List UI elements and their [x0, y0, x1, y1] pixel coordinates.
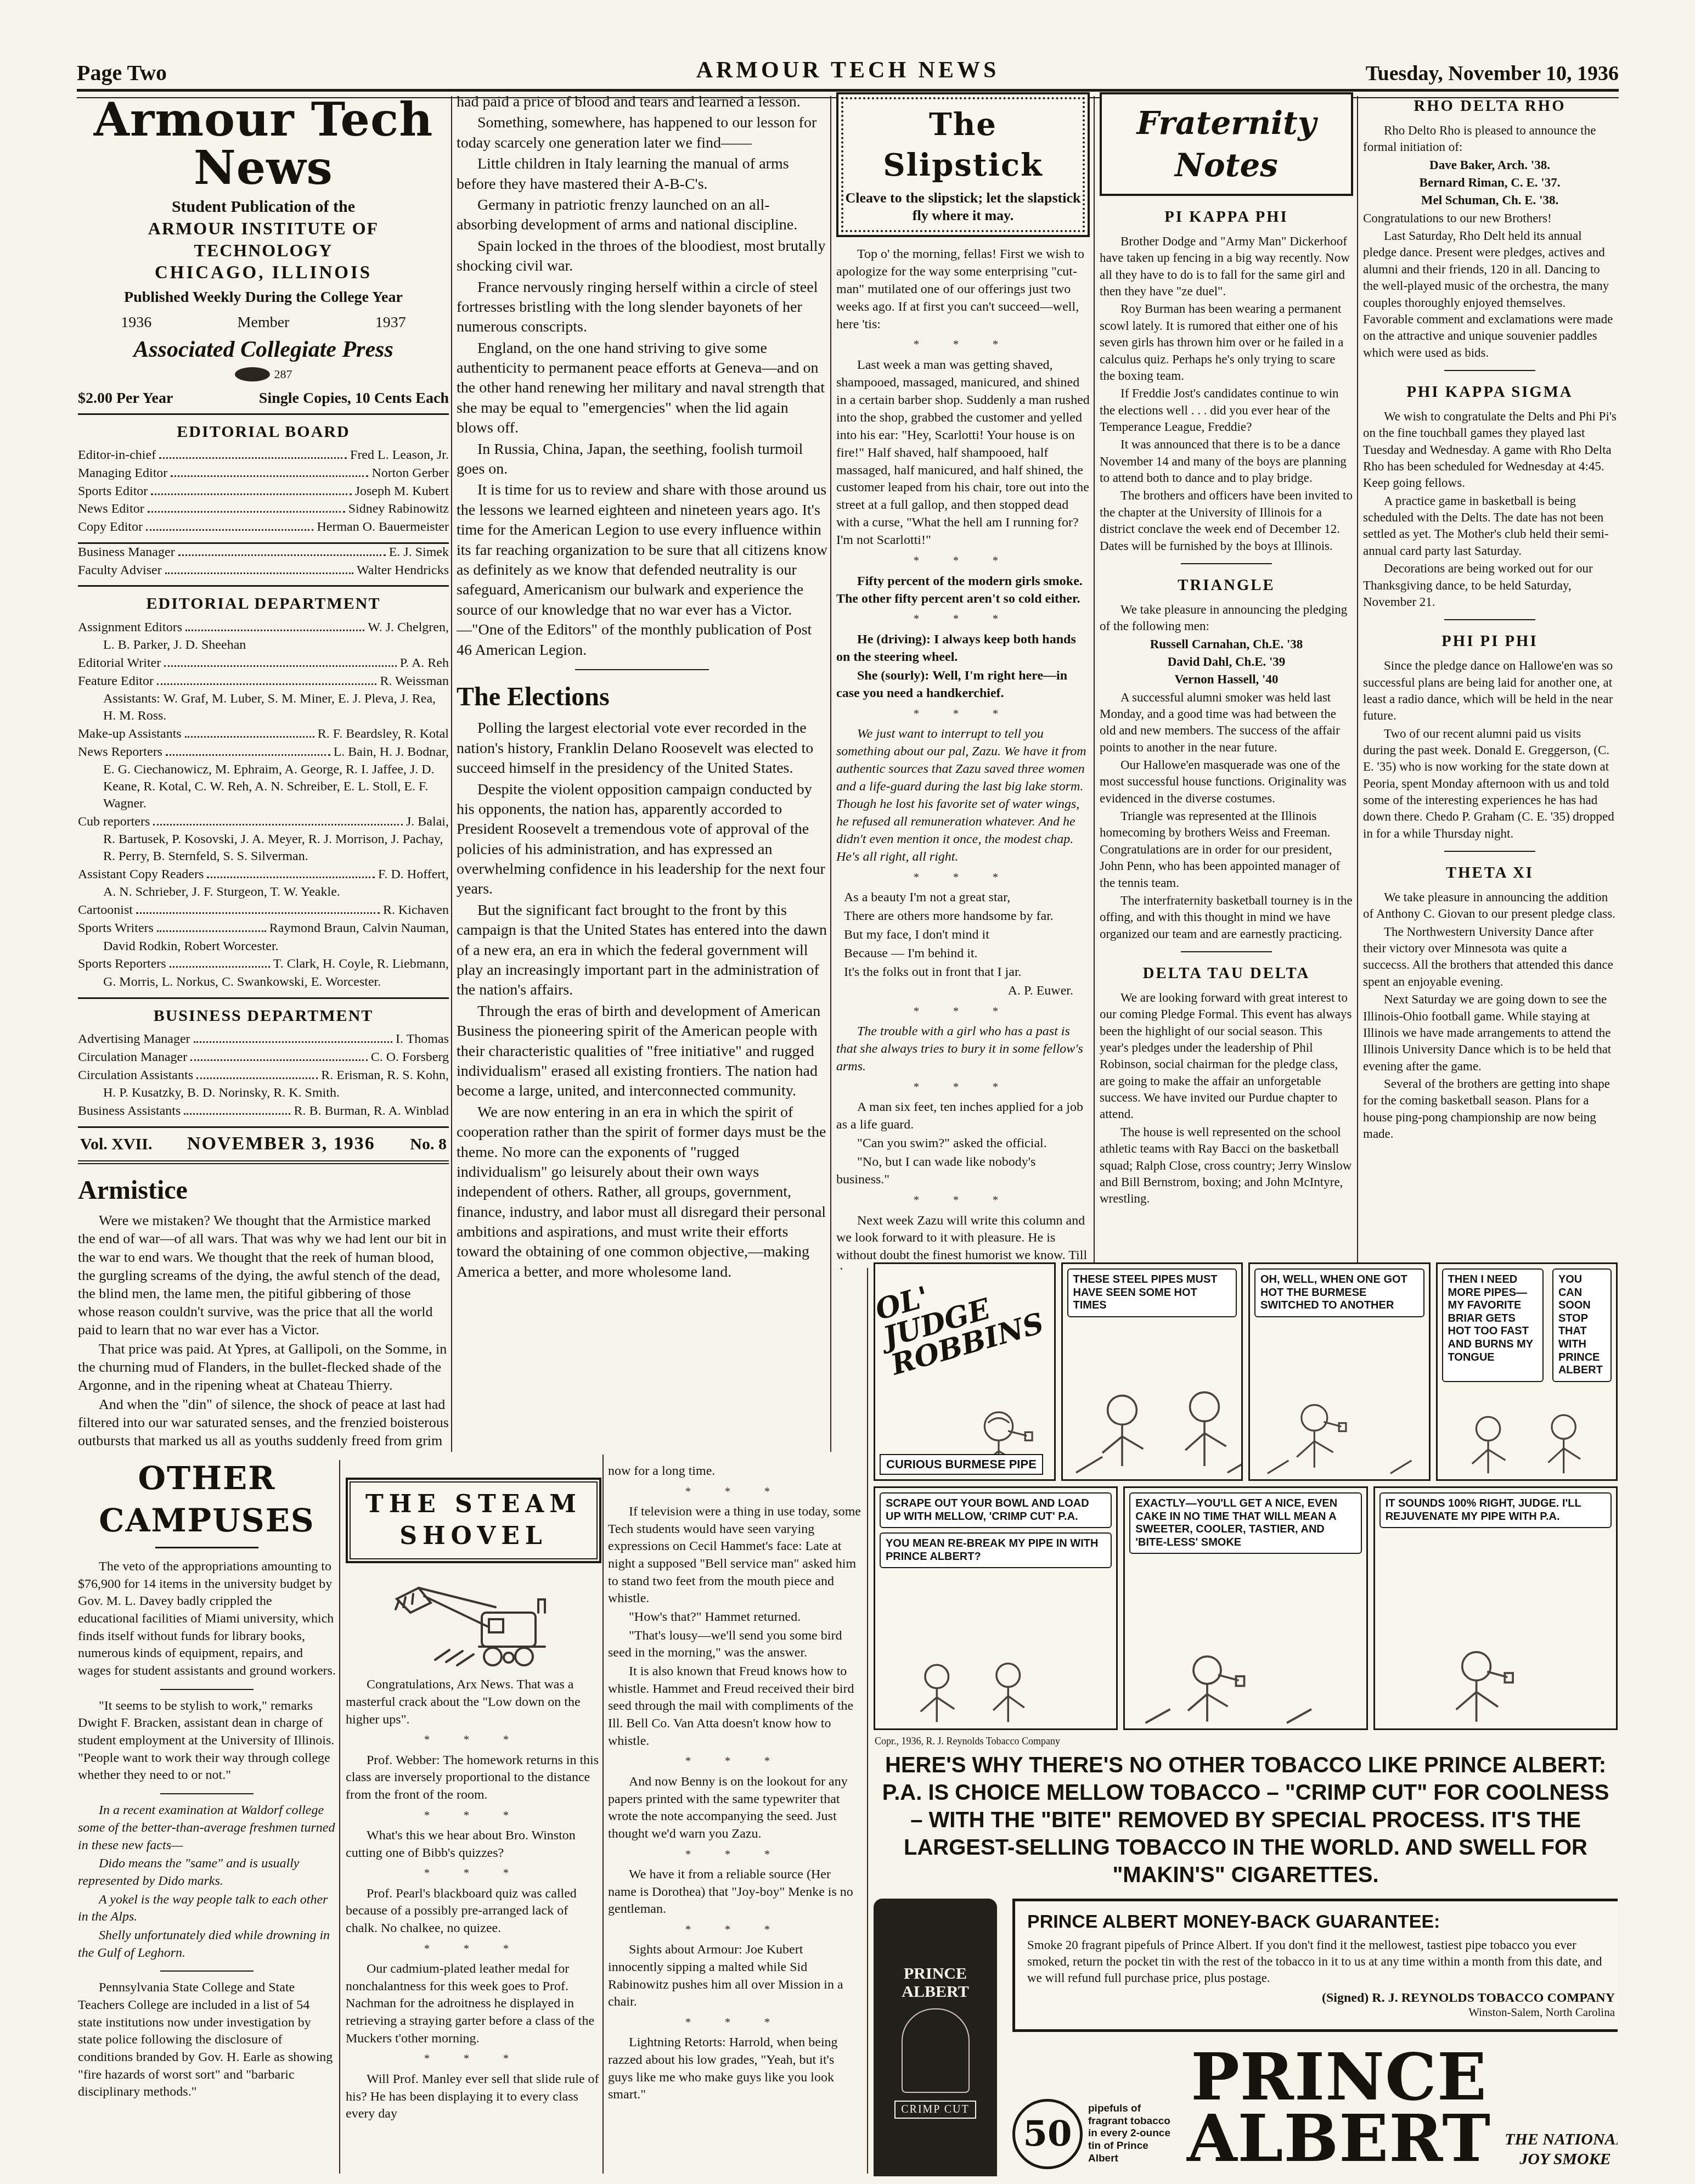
paragraph: If Freddie Jost's candidates continue to… [1100, 385, 1353, 435]
verse-line: It's the folks out in front that I jar. [836, 964, 1090, 981]
paragraph: We have it from a reliable source (Her n… [608, 1866, 861, 1918]
paragraph: "It seems to be stylish to work," remark… [78, 1698, 336, 1784]
section-heading: RHO DELTA RHO [1363, 96, 1617, 117]
editorial-dept-list: Assignment EditorsW. J. Chelgren,L. B. P… [78, 619, 449, 991]
speech-bubble: YOU MEAN RE-BREAK MY PIPE IN WITH PRINCE… [880, 1532, 1112, 1568]
masthead-date: NOVEMBER 3, 1936 [187, 1132, 375, 1156]
member-row: 1936 Member 1937 [78, 313, 449, 332]
staff-row: Cub reportersJ. Balai, [78, 813, 449, 830]
paragraph: If television were a thing in use today,… [608, 1503, 861, 1608]
staff-row: Faculty AdviserWalter Hendricks [78, 562, 449, 579]
steam-shovel-title: THE STEAM SHOVEL [352, 1489, 595, 1552]
separator: * * * [836, 1193, 1090, 1208]
comic-panel: SCRAPE OUT YOUR BOWL AND LOAD UP WITH ME… [874, 1486, 1118, 1730]
staff-continuation: Assistants: W. Graf, M. Luber, S. M. Min… [78, 690, 449, 724]
other-campuses-rule [155, 1547, 258, 1548]
other-campuses-title: OTHER CAMPUSES [78, 1457, 336, 1541]
column-masthead-editorial: Armour Tech News Student Publication of … [78, 92, 449, 1452]
paragraph: "Can you swim?" asked the official. [836, 1135, 1090, 1153]
tin-figure [902, 2008, 970, 2093]
paragraph: Despite the violent opposition campaign … [457, 780, 827, 900]
paragraph: It is also known that Freud knows how to… [608, 1663, 861, 1750]
column-rule [451, 96, 452, 1452]
comic-strip-title: OL' JUDGE ROBBINS [874, 1262, 1017, 1379]
paragraph: Rho Delto Rho is pleased to announce the… [1363, 122, 1617, 156]
brand-tagline: THE NATIONAL JOY SMOKE [1501, 2130, 1618, 2169]
divider-rule [1444, 370, 1535, 371]
verse-line: But my face, I don't mind it [836, 927, 1090, 944]
paragraph: Sights about Armour: Joe Kubert innocent… [608, 1941, 861, 2011]
paragraph: In Russia, China, Japan, the seething, f… [457, 440, 827, 480]
tin-crimp-cut-label: CRIMP CUT [894, 2101, 976, 2119]
staff-row: News EditorSidney Rabinowitz [78, 501, 449, 518]
separator: * * * [836, 1004, 1090, 1019]
member-label: Member [238, 313, 290, 332]
comic-panel: THESE STEEL PIPES MUST HAVE SEEN SOME HO… [1061, 1262, 1243, 1481]
paragraph: Several of the brothers are getting into… [1363, 1076, 1617, 1142]
column-other-campuses: OTHER CAMPUSES The veto of the appropria… [78, 1457, 336, 2171]
armistice-body: Were we mistaken? We thought that the Ar… [78, 1211, 449, 1452]
section-heading: DELTA TAU DELTA [1100, 963, 1353, 984]
page-header: Page Two ARMOUR TECH NEWS Tuesday, Novem… [77, 47, 1619, 86]
paragraph: Germany in patriotic frenzy launched on … [457, 195, 827, 235]
paragraph: A. P. Euwer. [836, 982, 1090, 1000]
divider-rule [575, 669, 708, 670]
staff-row: Feature EditorR. Weissman [78, 673, 449, 690]
price-row: $2.00 Per Year Single Copies, 10 Cents E… [78, 389, 449, 408]
managers-block: Business ManagerE. J. SimekFaculty Advis… [78, 544, 449, 587]
paragraph: "No, but I can wade like nobody's busine… [836, 1154, 1090, 1189]
paragraph: Top o' the morning, fellas! First we wis… [836, 246, 1090, 334]
staff-row: Copy EditorHerman O. Bauermeister [78, 519, 449, 536]
masthead: Armour Tech News Student Publication of … [78, 96, 449, 415]
staff-row: Managing EditorNorton Gerber [78, 465, 449, 482]
separator: * * * [836, 338, 1090, 352]
paragraph: Triangle was represented at the Illinois… [1100, 808, 1353, 891]
paragraph: Roy Burman has been wearing a permanent … [1100, 301, 1353, 384]
steam-shovel-body: Congratulations, Arx News. That was a ma… [346, 1676, 601, 2123]
comic-panel: EXACTLY—YOU'LL GET A NICE, EVEN CAKE IN … [1123, 1486, 1367, 1730]
paragraph: The Northwestern University Dance after … [1363, 924, 1617, 990]
paragraph: Since the pledge dance on Hallowe'en was… [1363, 658, 1617, 724]
other-campuses-body: The veto of the appropriations amounting… [78, 1558, 336, 2101]
paragraph: And when the "din" of silence, the shock… [78, 1395, 449, 1452]
fraternity-notes-body-2: RHO DELTA RHORho Delto Rho is pleased to… [1363, 96, 1617, 1142]
comic-art [875, 1657, 1070, 1728]
paragraph: Spain locked in the throes of the bloodi… [457, 237, 827, 277]
divider-rule [1444, 851, 1535, 852]
steam-shovel-header-box: THE STEAM SHOVEL [346, 1478, 601, 1563]
staff-continuation: R. Bartusek, P. Kosovski, J. A. Meyer, R… [78, 831, 449, 864]
separator: * * * [608, 1923, 861, 1937]
paragraph: Prof. Pearl's blackboard quiz was called… [346, 1885, 601, 1938]
staff-continuation: A. N. Schrieber, J. F. Sturgeon, T. W. Y… [78, 884, 449, 901]
staff-row: Editor-in-chiefFred L. Leason, Jr. [78, 447, 449, 464]
paragraph: Through the eras of birth and developmen… [457, 1002, 827, 1102]
paragraph: And now Benny is on the lookout for any … [608, 1773, 861, 1843]
verse-line: Because — I'm behind it. [836, 945, 1090, 963]
column-rule [1094, 96, 1095, 1265]
comic-row-1: OL' JUDGE ROBBINS CURIOUS BURMESE PIPE T… [874, 1262, 1618, 1481]
divider-rule [160, 1689, 253, 1690]
divider-rule [160, 1970, 253, 1972]
verse-line: As a beauty I'm not a great star, [836, 889, 1090, 907]
staff-row: Circulation ManagerC. O. Forsberg [78, 1049, 449, 1066]
paragraph: Next Saturday we are going down to see t… [1363, 991, 1617, 1075]
comic-art [1375, 1641, 1578, 1728]
steam-shovel-icon [380, 1569, 567, 1673]
separator: * * * [608, 1754, 861, 1768]
column-steam-shovel: THE STEAM SHOVEL Congratulations, Arx Ne… [346, 1478, 601, 2175]
separator: * * * [836, 1080, 1090, 1095]
paragraph: Lightning Retorts: Harrold, when being r… [608, 2034, 861, 2104]
paragraph: Congratulations, Arx News. That was a ma… [346, 1676, 601, 1728]
paragraph: Decorations are being worked out for our… [1363, 560, 1617, 610]
speech-bubble: IT SOUNDS 100% RIGHT, JUDGE. I'LL REJUVE… [1379, 1492, 1612, 1528]
speech-bubble: THEN I NEED MORE PIPES—MY FAVORITE BRIAR… [1442, 1268, 1544, 1382]
staff-row: Business ManagerE. J. Simek [78, 544, 449, 561]
paragraph: A yokel is the way people talk to each o… [78, 1891, 336, 1926]
paragraph: Last week a man was getting shaved, sham… [836, 357, 1090, 549]
verse-line: There are others more handsome by far. [836, 908, 1090, 925]
paragraph: Little children in Italy learning the ma… [457, 154, 827, 194]
press-emblem-number: 287 [274, 367, 292, 382]
staff-continuation: H. P. Kusatzky, B. D. Norinsky, R. K. Sm… [78, 1085, 449, 1102]
separator: * * * [836, 871, 1090, 885]
column-fraternity-notes-2: RHO DELTA RHORho Delto Rho is pleased to… [1363, 85, 1617, 1268]
staff-row: Sports EditorJoseph M. Kubert [78, 483, 449, 500]
editorial-dept-title: EDITORIAL DEPARTMENT [78, 593, 449, 614]
separator: * * * [346, 1942, 601, 1956]
paragraph: The house is well represented on the sch… [1100, 1124, 1353, 1208]
column-editorial-2: had paid a price of blood and tears and … [457, 92, 827, 1452]
subscription-price: $2.00 Per Year [78, 389, 173, 408]
paragraph: Brother Dodge and "Army Man" Dickerhoof … [1100, 233, 1353, 300]
ad-bottom: PRINCE ALBERT CRIMP CUT PRINCE ALBERT MO… [874, 1899, 1618, 2176]
issue-number: No. 8 [410, 1134, 447, 1155]
column-rule [602, 1455, 604, 2174]
staff-row: CartoonistR. Kichaven [78, 902, 449, 919]
speech-bubble: YOU CAN SOON STOP THAT WITH PRINCE ALBER… [1552, 1268, 1612, 1382]
column-rule [339, 1460, 340, 2174]
paragraph: She (sourly): Well, I'm right here—in ca… [836, 667, 1090, 703]
paragraph: Dido means the "same" and is usually rep… [78, 1855, 336, 1890]
staff-continuation: E. G. Ciechanowicz, M. Ephraim, A. Georg… [78, 761, 449, 812]
paragraph: Two of our recent alumni paid us visits … [1363, 726, 1617, 843]
comic-panel: THEN I NEED MORE PIPES—MY FAVORITE BRIAR… [1436, 1262, 1618, 1481]
paragraph: Vernon Hassell, '40 [1100, 671, 1353, 688]
paragraph: It was announced that there is to be a d… [1100, 436, 1353, 486]
separator: * * * [608, 1848, 861, 1862]
speech-bubble: EXACTLY—YOU'LL GET A NICE, EVEN CAKE IN … [1129, 1492, 1361, 1554]
paragraph: France nervously ringing herself within … [457, 278, 827, 338]
fraternity-notes-header-box: Fraternity Notes [1100, 92, 1353, 196]
paragraph: Polling the largest electorial vote ever… [457, 718, 827, 778]
paragraph: The trouble with a girl who has a past i… [836, 1023, 1090, 1076]
comic-art [1063, 1380, 1243, 1479]
ad-slogan: HERE'S WHY THERE'S NO OTHER TOBACCO LIKE… [879, 1751, 1612, 1889]
paragraph: Our cadmium-plated leather medal for non… [346, 1961, 601, 2047]
staff-row: Make-up AssistantsR. F. Beardsley, R. Ko… [78, 726, 449, 743]
separator: * * * [346, 1809, 601, 1823]
paragraph: We take pleasure in announcing the addit… [1363, 889, 1617, 923]
paragraph: Russell Carnahan, Ch.E. '38 [1100, 636, 1353, 653]
slipstick-header-box: The Slipstick Cleave to the slipstick; l… [836, 92, 1090, 237]
column-rule [1357, 96, 1358, 1265]
volume-row: Vol. XVII. NOVEMBER 3, 1936 No. 8 [78, 1128, 449, 1164]
staff-row: Sports WritersRaymond Braun, Calvin Naum… [78, 920, 449, 937]
slipstick-tagline: Cleave to the slipstick; let the slapsti… [845, 189, 1081, 225]
paragraph: He (driving): I always keep both hands o… [836, 631, 1090, 666]
paragraph: We are looking forward with great intere… [1100, 990, 1353, 1123]
comic-row-2: SCRAPE OUT YOUR BOWL AND LOAD UP WITH ME… [874, 1486, 1618, 1730]
section-heading: THETA XI [1363, 863, 1617, 884]
section-heading: TRIANGLE [1100, 575, 1353, 596]
guarantee-title: PRINCE ALBERT MONEY-BACK GUARANTEE: [1027, 1911, 1615, 1933]
elections-body: Polling the largest electorial vote ever… [457, 718, 827, 1282]
staff-row: News ReportersL. Bain, H. J. Bodnar, [78, 744, 449, 761]
comic-art [1438, 1408, 1616, 1479]
separator: * * * [608, 1485, 861, 1499]
paragraph: We are now entering in an era in which t… [457, 1103, 827, 1283]
staff-row: Assistant Copy ReadersF. D. Hoffert, [78, 866, 449, 883]
speech-bubble: THESE STEEL PIPES MUST HAVE SEEN SOME HO… [1067, 1268, 1237, 1317]
armistice-continuation: had paid a price of blood and tears and … [457, 92, 827, 670]
masthead-frequency: Published Weekly During the College Year [78, 288, 449, 307]
fifty-number: 50 [1012, 2099, 1083, 2169]
staff-continuation: L. B. Parker, J. D. Sheehan [78, 637, 449, 654]
column-rule [867, 1268, 868, 2174]
paragraph: We just want to interrupt to tell you so… [836, 726, 1090, 866]
paragraph: Last Saturday, Rho Delt held its annual … [1363, 228, 1617, 361]
newspaper-page: Page Two ARMOUR TECH NEWS Tuesday, Novem… [0, 0, 1695, 2184]
divider-rule [160, 1793, 253, 1794]
paragraph: Prof. Webber: The homework returns in th… [346, 1752, 601, 1804]
managers-list: Business ManagerE. J. SimekFaculty Advis… [78, 544, 449, 579]
member-year-left: 1936 [121, 313, 151, 332]
paragraph: Fifty percent of the modern girls smoke.… [836, 573, 1090, 608]
separator: * * * [346, 2052, 601, 2066]
fifty-text: pipefuls of fragrant tobacco in every 2-… [1088, 2103, 1177, 2165]
paragraph: A man six feet, ten inches applied for a… [836, 1099, 1090, 1134]
comic-panel: OH, WELL, WHEN ONE GOT HOT THE BURMESE S… [1248, 1262, 1431, 1481]
press-emblem-row: 287 [78, 367, 449, 382]
column-rule [830, 96, 831, 1452]
editorial-board-list: Editor-in-chiefFred L. Leason, Jr.Managi… [78, 447, 449, 536]
separator: * * * [346, 1866, 601, 1880]
tin-brand-label: PRINCE ALBERT [874, 1964, 997, 2001]
fraternity-notes-title: Fraternity Notes [1106, 102, 1347, 186]
paragraph: Will Prof. Manley ever sell that slide r… [346, 2071, 601, 2123]
paragraph: now for a long time. [608, 1463, 861, 1480]
single-copy-price: Single Copies, 10 Cents Each [259, 389, 449, 408]
paragraph: It is time for us to review and share wi… [457, 480, 827, 660]
comic-art [1250, 1391, 1426, 1479]
staff-continuation: David Rodkin, Robert Worcester. [78, 938, 449, 955]
fifty-pipefuls-badge: 50 pipefuls of fragrant tobacco in every… [1012, 2099, 1177, 2169]
paragraph: The veto of the appropriations amounting… [78, 1558, 336, 1680]
paragraph: We wish to congratulate the Delts and Ph… [1363, 408, 1617, 492]
paragraph: David Dahl, Ch.E. '39 [1100, 654, 1353, 670]
fraternity-notes-body-1: PI KAPPA PHIBrother Dodge and "Army Man"… [1100, 207, 1353, 1208]
section-heading: PHI KAPPA SIGMA [1363, 382, 1617, 403]
paragraph: Mel Schuman, Ch. E. '38. [1363, 192, 1617, 209]
section-heading: PI KAPPA PHI [1100, 207, 1353, 228]
steam-shovel-continued-body: now for a long time.* * *If television w… [608, 1463, 861, 2104]
staff-continuation: G. Morris, L. Norkus, C. Swankowski, E. … [78, 974, 449, 991]
press-emblem-icon [235, 367, 270, 381]
separator: * * * [346, 1733, 601, 1747]
comic-panel-caption: CURIOUS BURMESE PIPE [880, 1454, 1043, 1475]
editorial-board-title: EDITORIAL BOARD [78, 422, 449, 442]
paragraph: In a recent examination at Waldorf colle… [78, 1802, 336, 1854]
brand-logotype: PRINCE ALBERT [1187, 2046, 1491, 2169]
comic-panel: IT SOUNDS 100% RIGHT, JUDGE. I'LL REJUVE… [1373, 1486, 1618, 1730]
paragraph: A practice game in basketball is being s… [1363, 493, 1617, 559]
masthead-title: Armour Tech News [78, 96, 449, 192]
volume-label: Vol. XVII. [80, 1134, 152, 1155]
business-dept-block: BUSINESS DEPARTMENT Advertising ManagerI… [78, 1006, 449, 1128]
paragraph: What's this we hear about Bro. Winston c… [346, 1827, 601, 1862]
column-steam-shovel-continued: now for a long time.* * *If television w… [608, 1463, 861, 2174]
paragraph: "That's lousy—we'll send you some bird s… [608, 1627, 861, 1662]
masthead-subtitle: Student Publication of the [78, 196, 449, 217]
staff-row: Sports ReportersT. Clark, H. Coyle, R. L… [78, 956, 449, 973]
guarantee-signature: (Signed) R. J. REYNOLDS TOBACCO COMPANY [1027, 1991, 1615, 2006]
paragraph: Something, somewhere, has happened to ou… [457, 113, 827, 153]
tobacco-tin-illustration: PRINCE ALBERT CRIMP CUT [874, 1899, 997, 2176]
slipstick-title: The Slipstick [845, 104, 1081, 186]
editorial-board-block: EDITORIAL BOARD Editor-in-chiefFred L. L… [78, 422, 449, 544]
paragraph: A successful alumni smoker was held last… [1100, 689, 1353, 756]
paragraph: Congratulations to our new Brothers! [1363, 210, 1617, 227]
divider-rule [1444, 619, 1535, 620]
section-heading: PHI PI PHI [1363, 631, 1617, 652]
paragraph: had paid a price of blood and tears and … [457, 92, 827, 112]
column-fraternity-notes: Fraternity Notes PI KAPPA PHIBrother Dod… [1100, 92, 1353, 1267]
paragraph: "How's that?" Hammet returned. [608, 1609, 861, 1626]
masthead-city: CHICAGO, ILLINOIS [78, 262, 449, 285]
paragraph: Were we mistaken? We thought that the Ar… [78, 1211, 449, 1338]
business-dept-list: Advertising ManagerI. ThomasCirculation … [78, 1031, 449, 1120]
separator: * * * [836, 554, 1090, 569]
speech-bubble: OH, WELL, WHEN ONE GOT HOT THE BURMESE S… [1254, 1268, 1424, 1317]
column-slipstick: The Slipstick Cleave to the slipstick; l… [836, 92, 1090, 1270]
paragraph: Pennsylvania State College and State Tea… [78, 1979, 336, 2101]
divider-rule [1181, 951, 1272, 952]
paragraph: That price was paid. At Ypres, at Gallip… [78, 1340, 449, 1394]
article-title-armistice: Armistice [78, 1174, 449, 1208]
paragraph: Next week Zazu will write this column an… [836, 1212, 1090, 1270]
paragraph: The interfraternity basketball tourney i… [1100, 892, 1353, 942]
staff-row: Assignment EditorsW. J. Chelgren, [78, 619, 449, 636]
guarantee-city: Winston-Salem, North Carolina [1027, 2006, 1615, 2019]
editorial-dept-block: EDITORIAL DEPARTMENT Assignment EditorsW… [78, 593, 449, 998]
staff-row: Business AssistantsR. B. Burman, R. A. W… [78, 1103, 449, 1120]
separator: * * * [836, 612, 1090, 627]
speech-bubble: SCRAPE OUT YOUR BOWL AND LOAD UP WITH ME… [880, 1492, 1112, 1528]
brand-row: 50 pipefuls of fragrant tobacco in every… [1012, 2046, 1618, 2169]
money-back-guarantee-box: PRINCE ALBERT MONEY-BACK GUARANTEE: Smok… [1012, 1899, 1618, 2032]
separator: * * * [608, 2015, 861, 2030]
prince-albert-ad: OL' JUDGE ROBBINS CURIOUS BURMESE PIPE T… [874, 1262, 1618, 2176]
divider-rule [1181, 563, 1272, 564]
masthead-institute: ARMOUR INSTITUTE OF TECHNOLOGY [78, 217, 449, 262]
guarantee-body: Smoke 20 fragrant pipefuls of Prince Alb… [1027, 1937, 1615, 1986]
separator: * * * [836, 707, 1090, 722]
article-title-elections: The Elections [457, 680, 827, 714]
paragraph: Our Hallowe'en masquerade was one of the… [1100, 757, 1353, 807]
slipstick-body: Top o' the morning, fellas! First we wis… [836, 246, 1090, 1270]
paragraph: England, on the one hand striving to giv… [457, 339, 827, 439]
issue-date: Tuesday, November 10, 1936 [1366, 61, 1619, 86]
paragraph: Shelly unfortunately died while drowning… [78, 1927, 336, 1962]
staff-row: Editorial WriterP. A. Reh [78, 655, 449, 672]
ad-copyright: Copr., 1936, R. J. Reynolds Tobacco Comp… [875, 1736, 1618, 1747]
staff-row: Advertising ManagerI. Thomas [78, 1031, 449, 1048]
member-year-right: 1937 [375, 313, 406, 332]
business-dept-title: BUSINESS DEPARTMENT [78, 1006, 449, 1026]
associated-collegiate-press: Associated Collegiate Press [78, 335, 449, 364]
paragraph: We take pleasure in announcing the pledg… [1100, 602, 1353, 635]
paragraph: Bernard Riman, C. E. '37. [1363, 175, 1617, 191]
comic-art [1125, 1646, 1331, 1728]
paragraph: Dave Baker, Arch. '38. [1363, 157, 1617, 173]
comic-title-panel: OL' JUDGE ROBBINS CURIOUS BURMESE PIPE [874, 1262, 1056, 1481]
staff-row: Circulation AssistantsR. Erisman, R. S. … [78, 1067, 449, 1084]
paragraph: But the significant fact brought to the … [457, 901, 827, 1001]
paragraph: The brothers and officers have been invi… [1100, 487, 1353, 554]
